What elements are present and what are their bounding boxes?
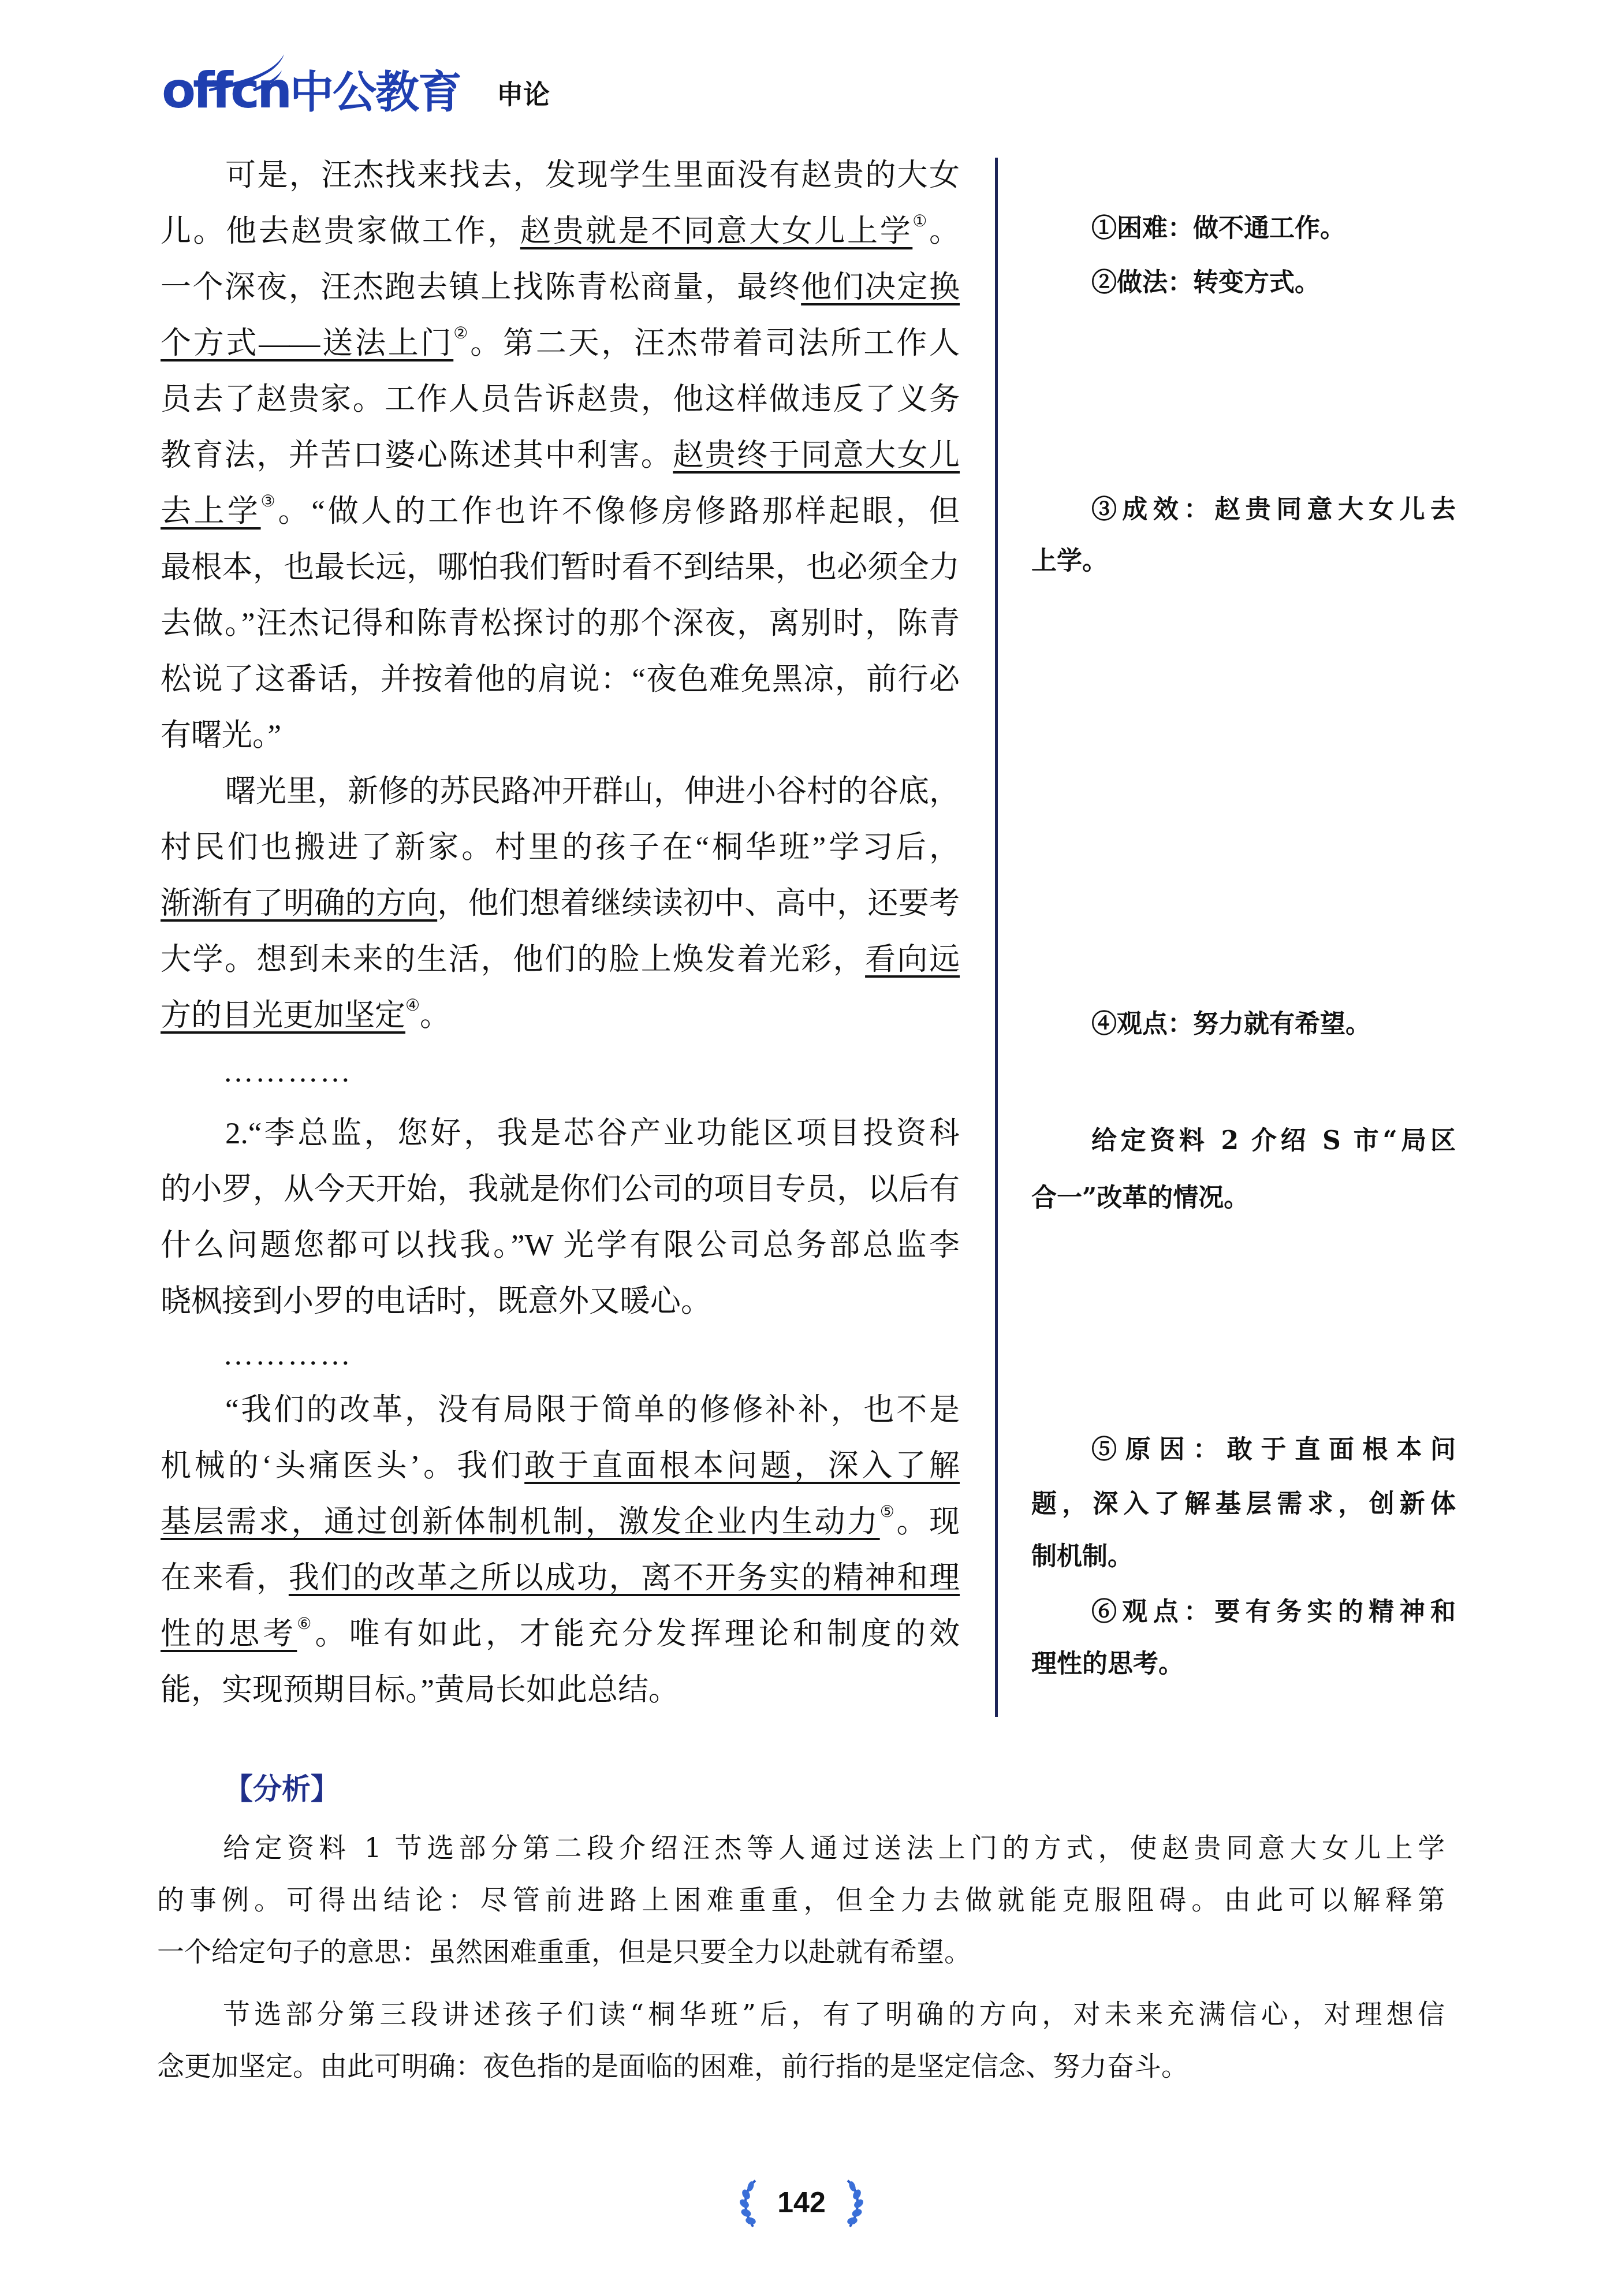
passage-line: 儿。他去赵贵家做工作，赵贵就是不同意大女儿上学①。 bbox=[161, 214, 960, 249]
passage-line: 方的目光更加坚定④。 bbox=[161, 998, 960, 1033]
passage-line: 村民们也搬进了新家。村里的孩子在“桐华班”学习后， bbox=[161, 830, 960, 865]
margin-note: 理性的思考。 bbox=[1031, 1648, 1456, 1680]
note-marker: ② bbox=[453, 325, 470, 342]
ellipsis-separator: ………… bbox=[223, 1337, 352, 1372]
underlined-phrase: 看向远 bbox=[865, 943, 960, 976]
passage-line: 晓枫接到小罗的电话时，既意外又暖心。 bbox=[161, 1284, 960, 1319]
note-marker: ① bbox=[912, 213, 929, 230]
passage-line: 的小罗，从今天开始，我就是你们公司的项目专员，以后有 bbox=[161, 1172, 960, 1207]
margin-note: ②做法：转变方式。 bbox=[1031, 267, 1456, 299]
page-number: 142 bbox=[738, 2186, 865, 2219]
column-divider bbox=[995, 158, 998, 1717]
analysis-line: 节选部分第三段讲述孩子们读“桐华班”后，有了明确的方向，对未来充满信心，对理想信 bbox=[157, 1999, 1445, 2030]
analysis-line: 给定资料 1 节选部分第二段介绍汪杰等人通过送法上门的方式，使赵贵同意大女儿上学 bbox=[157, 1833, 1445, 1864]
underlined-phrase: 性的思考 bbox=[161, 1617, 297, 1651]
passage-line: 松说了这番话，并按着他的肩说：“夜色难免黑凉，前行必 bbox=[161, 662, 960, 697]
passage-line: 基层需求，通过创新体制机制，激发企业内生动力⑤。现 bbox=[161, 1505, 960, 1540]
passage-line: 机械的‘头痛医头’。我们敢于直面根本问题，深入了解 bbox=[161, 1449, 960, 1484]
passage-line: 能，实现预期目标。”黄局长如此总结。 bbox=[161, 1673, 960, 1708]
passage-line: “我们的改革，没有局限于简单的修修补补，也不是 bbox=[161, 1393, 960, 1427]
passage-line: 员去了赵贵家。工作人员告诉赵贵，他这样做违反了义务 bbox=[161, 382, 960, 417]
passage-line: 2.“李总监，您好，我是芯谷产业功能区项目投资科 bbox=[161, 1116, 960, 1151]
passage-line: 去做。”汪杰记得和陈青松探讨的那个深夜，离别时，陈青 bbox=[161, 606, 960, 641]
passage-line: 大学。想到未来的生活，他们的脸上焕发着光彩，看向远 bbox=[161, 942, 960, 977]
analysis-heading: 【分析】 bbox=[224, 1772, 340, 1806]
note-marker: ⑤ bbox=[880, 1503, 897, 1521]
passage-line: 去上学③。“做人的工作也许不像修房修路那样起眼，但 bbox=[161, 494, 960, 529]
margin-note: 合一”改革的情况。 bbox=[1031, 1182, 1456, 1214]
underlined-phrase: 他们决定换 bbox=[801, 271, 960, 304]
margin-note: 上学。 bbox=[1031, 545, 1456, 577]
passage-line: 可是，汪杰找来找去，发现学生里面没有赵贵的大女 bbox=[161, 158, 960, 193]
passage-line: 曙光里，新修的苏民路冲开群山，伸进小谷村的谷底， bbox=[161, 774, 960, 809]
page-number-badge: 142 bbox=[738, 2171, 865, 2235]
underlined-phrase: 我们的改革之所以成功，离不开务实的精神和理 bbox=[289, 1561, 960, 1595]
passage-line: 渐渐有了明确的方向，他们想着继续读初中、高中，还要考 bbox=[161, 886, 960, 921]
analysis-line: 念更加坚定。由此可明确：夜色指的是面临的困难，前行指的是坚定信念、努力奋斗。 bbox=[157, 2051, 1445, 2082]
margin-note: 题，深入了解基层需求，创新体 bbox=[1031, 1488, 1456, 1520]
margin-note: ③成效：赵贵同意大女儿去 bbox=[1031, 494, 1456, 526]
note-marker: ③ bbox=[261, 493, 278, 510]
subject-label: 申论 bbox=[497, 80, 550, 109]
margin-note: ①困难：做不通工作。 bbox=[1031, 213, 1456, 245]
passage-line: 教育法，并苦口婆心陈述其中利害。赵贵终于同意大女儿 bbox=[161, 438, 960, 473]
passage-line: 什么问题您都可以找我。”W 光学有限公司总务部总监李 bbox=[161, 1228, 960, 1263]
margin-note: 制机制。 bbox=[1031, 1541, 1456, 1573]
analysis-line: 一个给定句子的意思：虽然困难重重，但是只要全力以赴就有希望。 bbox=[157, 1937, 1445, 1968]
margin-note: ⑤原因：敢于直面根本问 bbox=[1031, 1434, 1456, 1466]
underlined-phrase: 赵贵就是不同意大女儿上学 bbox=[520, 215, 912, 248]
logo-brand-name: 中公教育 bbox=[290, 69, 461, 115]
passage-line: 个方式——送法上门②。第二天，汪杰带着司法所工作人 bbox=[161, 326, 960, 361]
passage-line: 最根本，也最长远，哪怕我们暂时看不到结果，也必须全力 bbox=[161, 550, 960, 585]
logo-word: offcn bbox=[162, 66, 289, 115]
underlined-phrase: 个方式——送法上门 bbox=[161, 327, 453, 360]
underlined-phrase: 敢于直面根本问题，深入了解 bbox=[524, 1449, 960, 1483]
underlined-phrase: 渐渐有了明确的方向 bbox=[161, 887, 437, 920]
underlined-phrase: 基层需求，通过创新体制机制，激发企业内生动力 bbox=[161, 1505, 880, 1539]
ellipsis-separator: ………… bbox=[223, 1054, 352, 1089]
margin-note: ⑥观点：要有务实的精神和 bbox=[1031, 1596, 1456, 1628]
underlined-phrase: 方的目光更加坚定 bbox=[161, 999, 405, 1033]
margin-note: ④观点：努力就有希望。 bbox=[1031, 1008, 1456, 1041]
underlined-phrase: 赵贵终于同意大女儿 bbox=[673, 439, 960, 472]
passage-line: 在来看，我们的改革之所以成功，离不开务实的精神和理 bbox=[161, 1561, 960, 1596]
note-marker: ④ bbox=[405, 997, 420, 1015]
underlined-phrase: 去上学 bbox=[161, 495, 261, 528]
passage-line: 性的思考⑥。唯有如此，才能充分发挥理论和制度的效 bbox=[161, 1617, 960, 1652]
passage-line: 一个深夜，汪杰跑去镇上找陈青松商量，最终他们决定换 bbox=[161, 270, 960, 305]
note-marker: ⑥ bbox=[297, 1615, 315, 1633]
margin-note: 给定资料 2 介绍 S 市“局区 bbox=[1031, 1125, 1456, 1157]
analysis-line: 的事例。可得出结论：尽管前进路上困难重重，但全力去做就能克服阻碍。由此可以解释第 bbox=[157, 1885, 1445, 1916]
passage-line: 有曙光。” bbox=[161, 718, 960, 753]
